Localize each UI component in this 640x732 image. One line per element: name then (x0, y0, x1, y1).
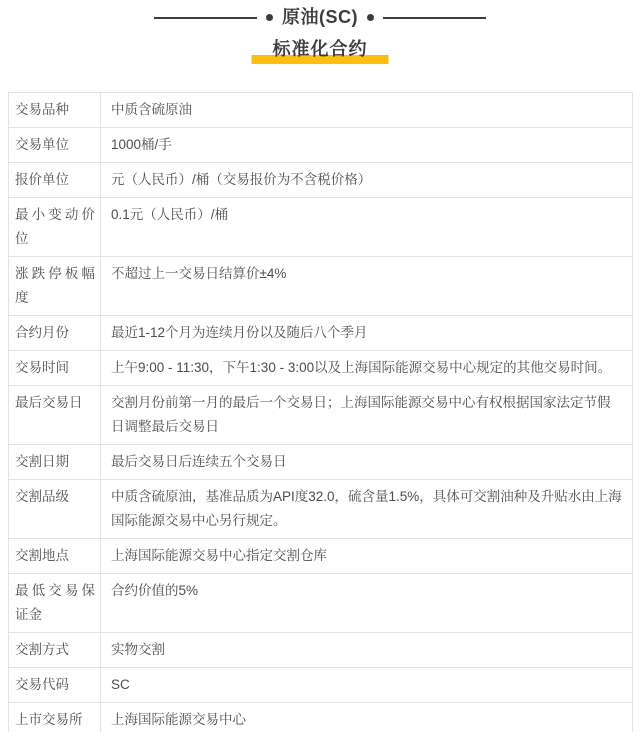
contract-spec-table: 交易品种 中质含硫原油 交易单位 1000桶/手 报价单位 元（人民币）/桶（交… (8, 92, 633, 732)
row-label: 涨跌停板幅度 (9, 257, 101, 316)
table-row: 交易品种 中质含硫原油 (9, 93, 633, 128)
article-page: 原油(SC) 标准化合约 交易品种 中质含硫原油 交易单位 1000桶/手 报价… (0, 0, 640, 732)
row-value: SC (101, 668, 633, 703)
row-value: 中质含硫原油 (101, 93, 633, 128)
row-label: 最小变动价位 (9, 198, 101, 257)
row-value: 实物交割 (101, 633, 633, 668)
row-value: 1000桶/手 (101, 128, 633, 163)
row-label: 交割方式 (9, 633, 101, 668)
table-row: 涨跌停板幅度 不超过上一交易日结算价±4% (9, 257, 633, 316)
table-row: 合约月份 最近1-12个月为连续月份以及随后八个季月 (9, 316, 633, 351)
title-rule-right (383, 17, 486, 19)
row-value: 不超过上一交易日结算价±4% (101, 257, 633, 316)
table-row: 报价单位 元（人民币）/桶（交易报价为不含税价格） (9, 163, 633, 198)
subtitle-highlight: 标准化合约 (273, 35, 368, 61)
row-label: 上市交易所 (9, 703, 101, 732)
table-row: 交易单位 1000桶/手 (9, 128, 633, 163)
title-row: 原油(SC) (0, 7, 640, 28)
row-value: 0.1元（人民币）/桶 (101, 198, 633, 257)
table-row: 上市交易所 上海国际能源交易中心 (9, 703, 633, 732)
title-rule-left (154, 17, 257, 19)
table-row: 交割品级 中质含硫原油，基准品质为API度32.0，硫含量1.5%，具体可交割油… (9, 480, 633, 539)
table-row: 最后交易日 交割月份前第一月的最后一个交易日；上海国际能源交易中心有权根据国家法… (9, 386, 633, 445)
row-value: 合约价值的5% (101, 574, 633, 633)
row-label: 交易时间 (9, 351, 101, 386)
row-label: 最低交易保证金 (9, 574, 101, 633)
row-label: 交割地点 (9, 539, 101, 574)
bullet-icon (367, 14, 374, 21)
row-value: 上海国际能源交易中心 (101, 703, 633, 732)
row-label: 交易代码 (9, 668, 101, 703)
subtitle-row: 标准化合约 (0, 35, 640, 61)
row-label: 报价单位 (9, 163, 101, 198)
row-value: 上午9:00 - 11:30，下午1:30 - 3:00以及上海国际能源交易中心… (101, 351, 633, 386)
row-value: 最后交易日后连续五个交易日 (101, 445, 633, 480)
row-value: 最近1-12个月为连续月份以及随后八个季月 (101, 316, 633, 351)
table-row: 交割地点 上海国际能源交易中心指定交割仓库 (9, 539, 633, 574)
table-row: 交割日期 最后交易日后连续五个交易日 (9, 445, 633, 480)
table-row: 交割方式 实物交割 (9, 633, 633, 668)
row-label: 最后交易日 (9, 386, 101, 445)
row-label: 交割日期 (9, 445, 101, 480)
row-label: 交易单位 (9, 128, 101, 163)
bullet-icon (266, 14, 273, 21)
table-row: 最低交易保证金 合约价值的5% (9, 574, 633, 633)
row-value: 上海国际能源交易中心指定交割仓库 (101, 539, 633, 574)
row-label: 交割品级 (9, 480, 101, 539)
row-value: 中质含硫原油，基准品质为API度32.0，硫含量1.5%，具体可交割油种及升贴水… (101, 480, 633, 539)
page-subtitle: 标准化合约 (273, 39, 368, 59)
contract-header: 原油(SC) 标准化合约 (0, 0, 640, 61)
row-value: 交割月份前第一月的最后一个交易日；上海国际能源交易中心有权根据国家法定节假日调整… (101, 386, 633, 445)
row-label: 合约月份 (9, 316, 101, 351)
row-label: 交易品种 (9, 93, 101, 128)
table-row: 交易代码 SC (9, 668, 633, 703)
table-row: 最小变动价位 0.1元（人民币）/桶 (9, 198, 633, 257)
row-value: 元（人民币）/桶（交易报价为不含税价格） (101, 163, 633, 198)
page-title: 原油(SC) (282, 7, 358, 28)
table-row: 交易时间 上午9:00 - 11:30，下午1:30 - 3:00以及上海国际能… (9, 351, 633, 386)
